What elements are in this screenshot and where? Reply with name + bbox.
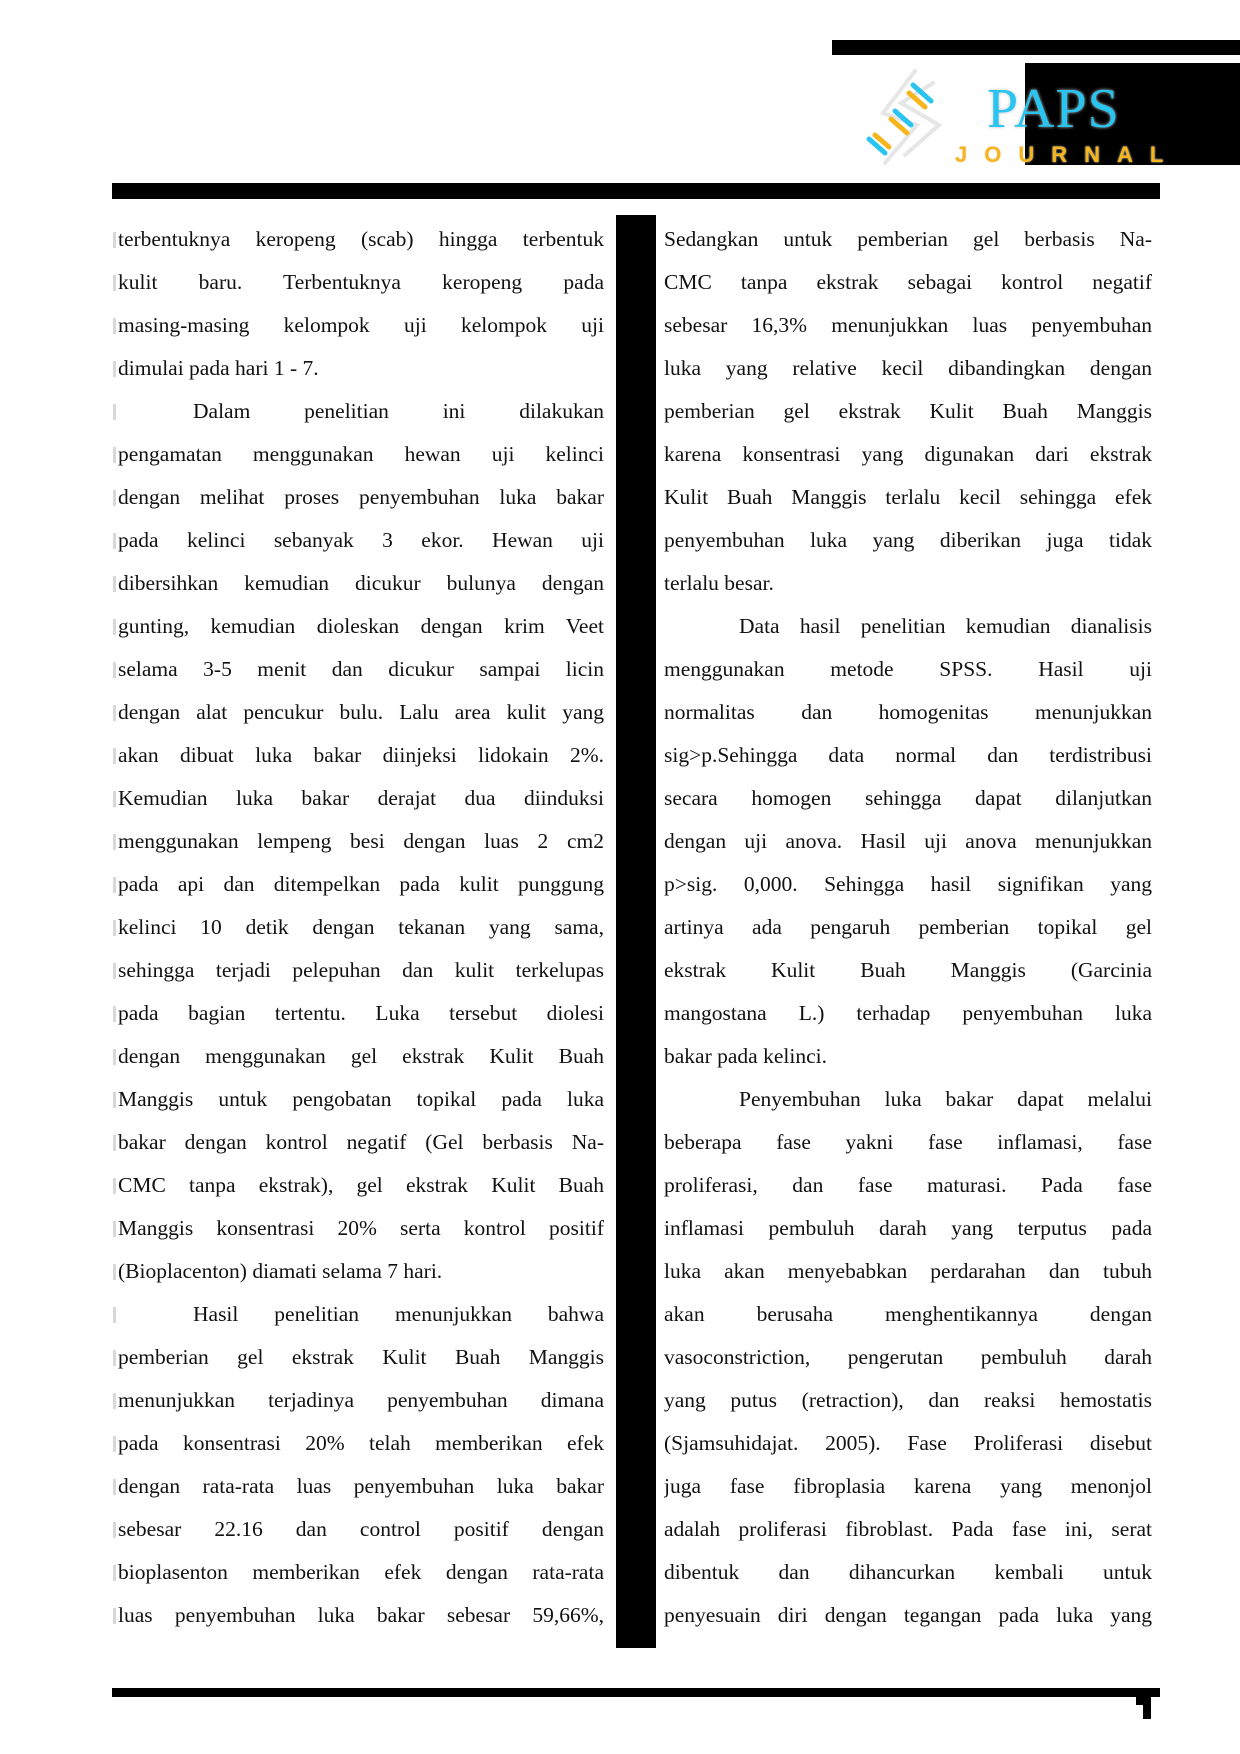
gutter-mark bbox=[113, 1221, 116, 1237]
text-line: bakar pada kelinci. bbox=[664, 1035, 1152, 1078]
gutter-mark bbox=[113, 1350, 116, 1366]
text-line: inflamasi pembuluh darah yang terputus p… bbox=[664, 1207, 1152, 1250]
gutter-mark bbox=[113, 1092, 116, 1108]
column-divider bbox=[616, 215, 656, 1648]
gutter-mark bbox=[113, 920, 116, 936]
gutter-mark bbox=[113, 1393, 116, 1409]
text-line: pengamatan menggunakan hewan uji kelinci bbox=[118, 433, 604, 476]
text-line: p>sig. 0,000. Sehingga hasil signifikan … bbox=[664, 863, 1152, 906]
text-line: luas penyembuhan luka bakar sebesar 59,6… bbox=[118, 1594, 604, 1637]
text-line: terlalu besar. bbox=[664, 562, 1152, 605]
gutter-mark bbox=[113, 748, 116, 764]
text-line: (Sjamsuhidajat. 2005). Fase Proliferasi … bbox=[664, 1422, 1152, 1465]
text-line: ekstrak Kulit Buah Manggis (Garcinia bbox=[664, 949, 1152, 992]
gutter-mark bbox=[113, 1436, 116, 1452]
text-line: gunting, kemudian dioleskan dengan krim … bbox=[118, 605, 604, 648]
text-line: masing-masing kelompok uji kelompok uji bbox=[118, 304, 604, 347]
text-line: akan dibuat luka bakar diinjeksi lidokai… bbox=[118, 734, 604, 777]
logo-title: PAPS bbox=[987, 81, 1120, 137]
top-decorative-bar bbox=[832, 40, 1240, 55]
text-line: Kemudian luka bakar derajat dua diinduks… bbox=[118, 777, 604, 820]
gutter-mark bbox=[113, 619, 116, 635]
text-line: sebesar 16,3% menunjukkan luas penyembuh… bbox=[664, 304, 1152, 347]
text-line: terbentuknya keropeng (scab) hingga terb… bbox=[118, 218, 604, 261]
gutter-mark bbox=[113, 490, 116, 506]
text-line: menggunakan metode SPSS. Hasil uji bbox=[664, 648, 1152, 691]
text-line: pada konsentrasi 20% telah memberikan ef… bbox=[118, 1422, 604, 1465]
gutter-mark bbox=[113, 232, 116, 248]
gutter-mark bbox=[113, 1522, 116, 1538]
text-line: luka akan menyebabkan perdarahan dan tub… bbox=[664, 1250, 1152, 1293]
gutter-mark bbox=[113, 1006, 116, 1022]
gutter-mark bbox=[113, 1565, 116, 1581]
text-line: selama 3-5 menit dan dicukur sampai lici… bbox=[118, 648, 604, 691]
text-line: artinya ada pengaruh pemberian topikal g… bbox=[664, 906, 1152, 949]
text-line: (Bioplacenton) diamati selama 7 hari. bbox=[118, 1250, 604, 1293]
text-line: akan berusaha menghentikannya dengan bbox=[664, 1293, 1152, 1336]
text-line: dibersihkan kemudian dicukur bulunya den… bbox=[118, 562, 604, 605]
logo-subtitle: JOURNAL bbox=[955, 143, 1180, 167]
footer-corner-tick bbox=[1143, 1697, 1151, 1719]
paragraph-first-line: Data hasil penelitian kemudian dianalisi… bbox=[664, 605, 1152, 648]
text-line: sig>p.Sehingga data normal dan terdistri… bbox=[664, 734, 1152, 777]
text-line: kulit baru. Terbentuknya keropeng pada bbox=[118, 261, 604, 304]
text-line: menggunakan lempeng besi dengan luas 2 c… bbox=[118, 820, 604, 863]
gutter-mark bbox=[113, 361, 116, 377]
footer-rule bbox=[112, 1688, 1160, 1697]
text-line: normalitas dan homogenitas menunjukkan bbox=[664, 691, 1152, 734]
text-line: pemberian gel ekstrak Kulit Buah Manggis bbox=[118, 1336, 604, 1379]
gutter-mark bbox=[113, 834, 116, 850]
gutter-mark bbox=[113, 1307, 116, 1323]
text-line: Sedangkan untuk pemberian gel berbasis N… bbox=[664, 218, 1152, 261]
text-line: CMC tanpa ekstrak sebagai kontrol negati… bbox=[664, 261, 1152, 304]
text-line: bioplasenton memberikan efek dengan rata… bbox=[118, 1551, 604, 1594]
gutter-mark bbox=[113, 318, 116, 334]
text-line: pemberian gel ekstrak Kulit Buah Manggis bbox=[664, 390, 1152, 433]
text-line: adalah proliferasi fibroblast. Pada fase… bbox=[664, 1508, 1152, 1551]
text-line: dengan uji anova. Hasil uji anova menunj… bbox=[664, 820, 1152, 863]
gutter-mark bbox=[113, 576, 116, 592]
paragraph-first-line: Hasil penelitian menunjukkan bahwa bbox=[118, 1293, 604, 1336]
text-line: dibentuk dan dihancurkan kembali untuk bbox=[664, 1551, 1152, 1594]
text-line: bakar dengan kontrol negatif (Gel berbas… bbox=[118, 1121, 604, 1164]
text-line: sehingga terjadi pelepuhan dan kulit ter… bbox=[118, 949, 604, 992]
text-line: sebesar 22.16 dan control positif dengan bbox=[118, 1508, 604, 1551]
gutter-mark bbox=[113, 705, 116, 721]
text-line: dengan melihat proses penyembuhan luka b… bbox=[118, 476, 604, 519]
paragraph-first-line: Dalam penelitian ini dilakukan bbox=[118, 390, 604, 433]
gutter-mark bbox=[113, 1049, 116, 1065]
text-line: dengan rata-rata luas penyembuhan luka b… bbox=[118, 1465, 604, 1508]
text-line: dimulai pada hari 1 - 7. bbox=[118, 347, 604, 390]
text-line: secara homogen sehingga dapat dilanjutka… bbox=[664, 777, 1152, 820]
text-line: penyesuain diri dengan tegangan pada luk… bbox=[664, 1594, 1152, 1637]
gutter-mark bbox=[113, 791, 116, 807]
text-line: menunjukkan terjadinya penyembuhan diman… bbox=[118, 1379, 604, 1422]
gutter-mark bbox=[113, 1608, 116, 1624]
right-text-column: Sedangkan untuk pemberian gel berbasis N… bbox=[664, 218, 1152, 1637]
text-line: karena konsentrasi yang digunakan dari e… bbox=[664, 433, 1152, 476]
gutter-mark bbox=[113, 447, 116, 463]
gutter-mark bbox=[113, 1178, 116, 1194]
text-line: juga fase fibroplasia karena yang menonj… bbox=[664, 1465, 1152, 1508]
text-line: beberapa fase yakni fase inflamasi, fase bbox=[664, 1121, 1152, 1164]
text-line: pada bagian tertentu. Luka tersebut diol… bbox=[118, 992, 604, 1035]
text-line: kelinci 10 detik dengan tekanan yang sam… bbox=[118, 906, 604, 949]
text-line: pada kelinci sebanyak 3 ekor. Hewan uji bbox=[118, 519, 604, 562]
gutter-mark bbox=[113, 877, 116, 893]
text-line: proliferasi, dan fase maturasi. Pada fas… bbox=[664, 1164, 1152, 1207]
text-line: penyembuhan luka yang diberikan juga tid… bbox=[664, 519, 1152, 562]
text-line: yang putus (retraction), dan reaksi hemo… bbox=[664, 1379, 1152, 1422]
gutter-mark bbox=[113, 533, 116, 549]
header-rule bbox=[112, 183, 1160, 199]
text-line: dengan alat pencukur bulu. Lalu area kul… bbox=[118, 691, 604, 734]
gutter-mark bbox=[113, 662, 116, 678]
text-line: mangostana L.) terhadap penyembuhan luka bbox=[664, 992, 1152, 1035]
left-text-column: terbentuknya keropeng (scab) hingga terb… bbox=[118, 218, 604, 1637]
gutter-mark bbox=[113, 963, 116, 979]
paragraph-first-line: Penyembuhan luka bakar dapat melalui bbox=[664, 1078, 1152, 1121]
text-line: CMC tanpa ekstrak), gel ekstrak Kulit Bu… bbox=[118, 1164, 604, 1207]
dna-helix-icon bbox=[855, 63, 965, 168]
text-line: pada api dan ditempelkan pada kulit pung… bbox=[118, 863, 604, 906]
gutter-mark bbox=[113, 404, 116, 420]
text-line: Kulit Buah Manggis terlalu kecil sehingg… bbox=[664, 476, 1152, 519]
gutter-mark bbox=[113, 1264, 116, 1280]
text-line: Manggis konsentrasi 20% serta kontrol po… bbox=[118, 1207, 604, 1250]
gutter-mark bbox=[113, 1479, 116, 1495]
text-line: luka yang relative kecil dibandingkan de… bbox=[664, 347, 1152, 390]
text-line: dengan menggunakan gel ekstrak Kulit Bua… bbox=[118, 1035, 604, 1078]
gutter-mark bbox=[113, 1135, 116, 1151]
journal-logo: PAPS JOURNAL bbox=[855, 63, 1135, 168]
text-line: vasoconstriction, pengerutan pembuluh da… bbox=[664, 1336, 1152, 1379]
text-line: Manggis untuk pengobatan topikal pada lu… bbox=[118, 1078, 604, 1121]
gutter-mark bbox=[113, 275, 116, 291]
